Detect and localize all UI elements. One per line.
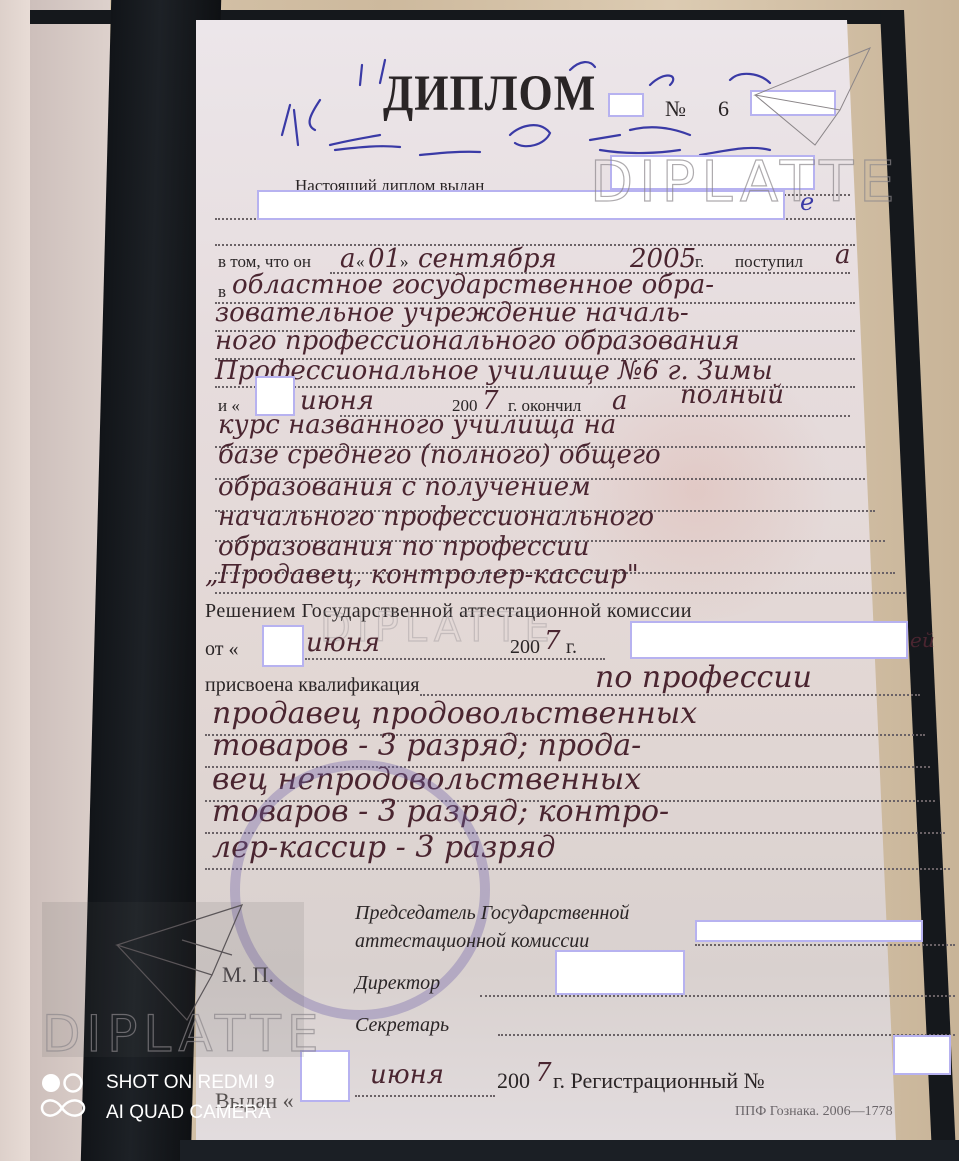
redacted-director-signature: [555, 950, 685, 995]
redacted-decision-day: [262, 625, 304, 667]
qualification-line-2: товаров - 3 разряд; прода-: [212, 728, 641, 763]
paper-plane-icon: [112, 900, 252, 1030]
left-page-edge: [0, 0, 30, 1161]
camera-type-line: AI QUAD CAMERA: [106, 1100, 271, 1126]
decision-year-suffix: г.: [566, 636, 577, 659]
issued-year-hand: 7: [535, 1058, 552, 1088]
course-line-6: „Продавец, контролер-кассир": [205, 560, 639, 590]
registration-label: г. Регистрационный №: [553, 1068, 765, 1094]
institution-line-3: ного профессионального образования: [215, 326, 740, 356]
issued-month: июня: [370, 1060, 444, 1090]
entered-quote-close: »: [400, 252, 409, 272]
printer-footer: ППФ Гознака. 2006—1778: [735, 1104, 893, 1120]
decision-hand-tail: ей: [910, 628, 935, 652]
dotted-line: [480, 995, 955, 997]
watermark-top: DIPLATTE: [590, 150, 901, 215]
dotted-line: [498, 1034, 955, 1036]
dotted-line: [215, 592, 905, 594]
dotted-line: [695, 944, 955, 946]
dotted-line: [355, 1095, 495, 1097]
cover-bottom-edge: [180, 1140, 959, 1161]
decision-from: от «: [205, 638, 238, 661]
institution-line-2: зовательное учреждение началь-: [215, 298, 689, 328]
redacted-registration-number: [893, 1035, 951, 1075]
redacted-protocol: [630, 621, 908, 659]
number-sign: №: [665, 96, 686, 122]
diploma-number-visible: 6: [718, 96, 729, 122]
redacted-chairman-signature: [695, 920, 923, 942]
course-line-3: образования с получением: [218, 472, 591, 502]
dotted-line: [305, 658, 605, 660]
redacted-series: [608, 93, 644, 117]
course-line-5: образования по профессии: [218, 532, 590, 562]
entered-suffix: а: [835, 240, 851, 270]
in-that-label: в том, что он: [218, 252, 311, 272]
finished-hand-tail: полный: [680, 380, 784, 410]
qualification-hand-head: по профессии: [595, 660, 812, 695]
entered-label: поступил: [735, 252, 803, 272]
qualification-label: присвоена квалификация: [205, 674, 419, 697]
chairman-label-1: Председатель Государственной: [355, 902, 629, 925]
course-line-1: курс названного училища на: [218, 410, 616, 440]
qualification-line-1: продавец продовольственных: [212, 696, 697, 731]
paper-plane-icon-top: [745, 40, 875, 150]
quad-camera-icon: [40, 1072, 86, 1120]
camera-model-line: SHOT ON REDMI 9: [106, 1070, 275, 1096]
document-title: ДИПЛОМ: [383, 64, 596, 123]
watermark-center: DIPLATTE: [320, 605, 556, 651]
secretary-label: Секретарь: [355, 1014, 449, 1037]
entered-year-suffix: г.: [695, 252, 704, 272]
entered-quote-open: «: [356, 252, 365, 272]
course-line-4: начального профессионального: [218, 502, 654, 532]
institution-line-1: областное государственное обра-: [232, 270, 714, 300]
director-label: Директор: [355, 972, 440, 995]
issued-year-printed: 200: [497, 1068, 530, 1094]
course-line-2: базе среднего (полного) общего: [218, 440, 661, 470]
